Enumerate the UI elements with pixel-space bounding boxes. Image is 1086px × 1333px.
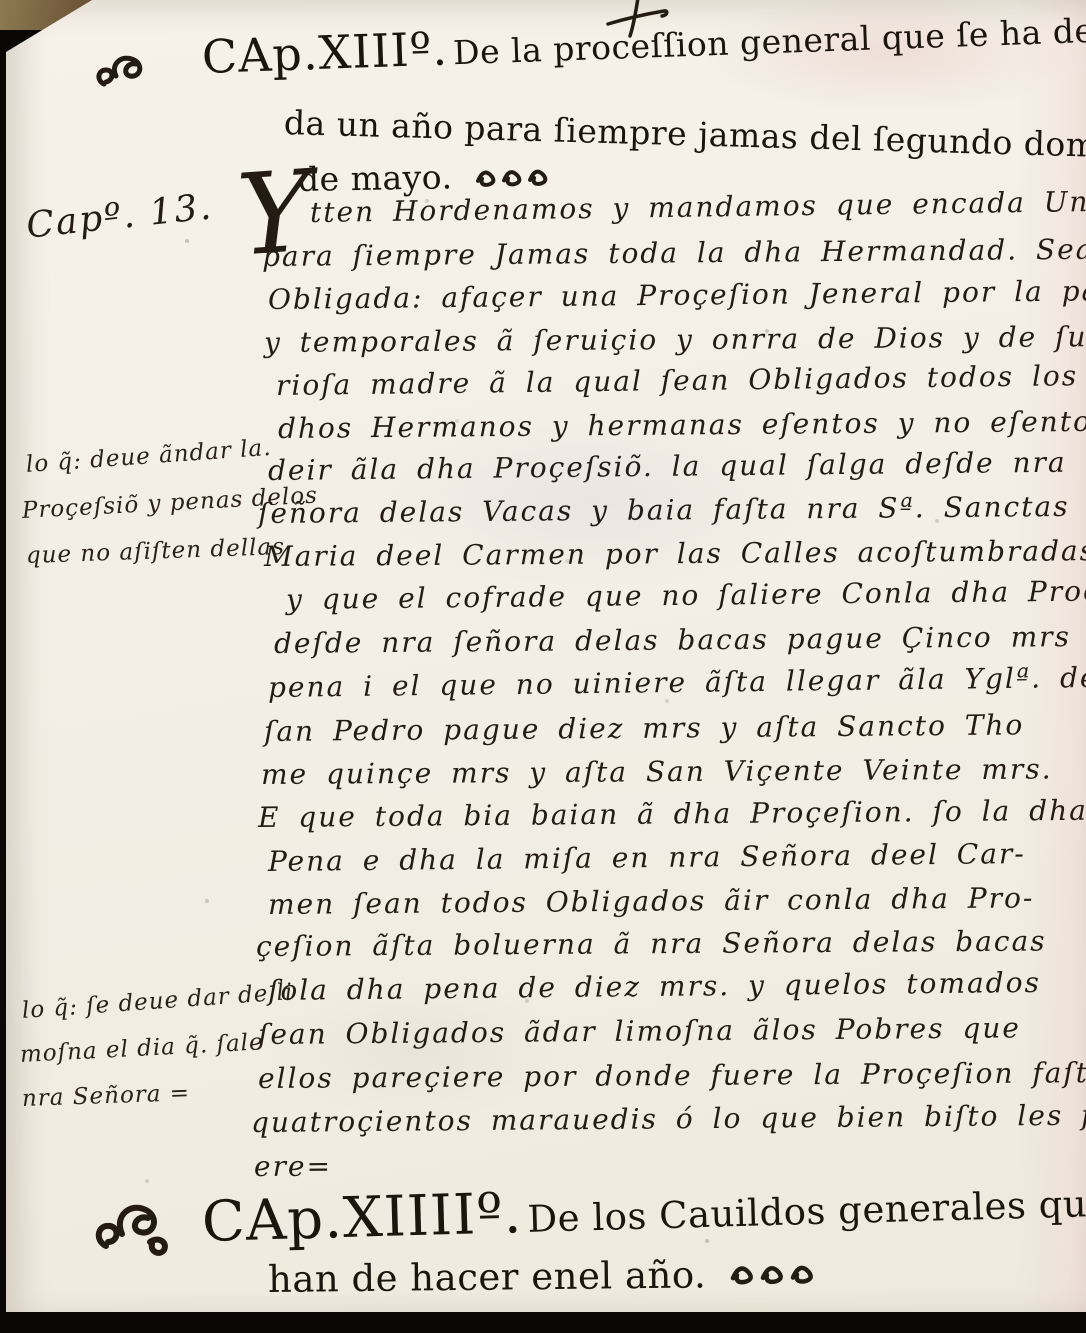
chapter13-title-line3-text: de mayo. — [298, 157, 453, 199]
chapter13-cap-label: CAp.XIIIº. — [201, 21, 449, 84]
manuscript-line: y temporales ã ſeruiçio y onrra de Dios … — [264, 320, 1086, 359]
chapter13-title: De la proceſſion general que ſe ha de ha… — [452, 5, 1086, 72]
manuscript-line: ſola dha pena de diez mrs. y quelos toma… — [268, 966, 1041, 1007]
manuscript-line: pena i el que no uiniere ãſta llegar ãla… — [268, 661, 1086, 704]
chapter14-heading-line1: CAp.XIIIIº. De los Cauildos generales qu… — [201, 1163, 1086, 1255]
manuscript-line: çeſion ãſta boluerna ã nra Señora delas … — [256, 924, 1047, 963]
manuscript-line: y que el cofrade que no ſaliere Conla dh… — [286, 574, 1086, 616]
manuscript-line: me quinçe mrs y aſta San Viçente Veinte … — [261, 752, 1053, 791]
manuscript-line: deſde nra ſeñora delas bacas pague Çinco… — [274, 619, 1086, 660]
manuscript-line: rioſa madre ã la qual ſean Obligados tod… — [276, 359, 1079, 402]
chapter14-title-line2-text: han de hacer enel año. — [268, 1253, 707, 1301]
manuscript-line: men ſean todos Obligados ãir conla dha P… — [268, 881, 1035, 921]
chapter14-title: De los Cauildos generales que ſe — [527, 1180, 1086, 1241]
margin-cap-number: Capº. 13. — [24, 186, 214, 246]
manuscript-line: Obligada: afaçer una Proçeſion Jeneral p… — [268, 274, 1086, 316]
manuscript-line: ſeñora delas Vacas y baia faſta nra Sª. … — [258, 490, 1070, 530]
manuscript-line: ere= — [254, 1150, 332, 1183]
triple-curl-flourish-icon — [726, 1255, 826, 1299]
manuscript-line: Maria deel Carmen por las Calles acoſtum… — [264, 534, 1086, 573]
chapter14-cap-label: CAp.XIIIIº. — [201, 1181, 523, 1255]
manuscript-line: Pena e dha la miſa en nra Señora deel Ca… — [268, 837, 1026, 878]
manuscript-line: ſean Obligados ãdar limoſna ãlos Pobres … — [258, 1011, 1021, 1051]
manuscript-line: para ſiempre Jamas toda la dha Hermandad… — [262, 233, 1086, 273]
manuscript-line: quatroçientos marauedis ó lo que bien bi… — [251, 1098, 1086, 1139]
manuscript-line: ſan Pedro pague diez mrs y aſta Sancto T… — [264, 708, 1025, 748]
manuscript-photo: CAp.XIIIº. De la proceſſion general que … — [0, 0, 1086, 1333]
margin-note-limosna-line: moſna el dia q̃. ſale — [19, 1029, 264, 1068]
manuscript-line: ellos pareçiere por donde fuere la Proçe… — [258, 1056, 1086, 1095]
flourish-icon — [94, 50, 158, 98]
margin-note-procession-line: que no aſiſten dellas — [26, 534, 286, 569]
manuscript-line: deir ãla dha Proçeſsiõ. la qual ſalga de… — [268, 446, 1067, 487]
margin-note-procession-line: lo q̃: deue ãndar la. — [25, 435, 272, 478]
manuscript-line: dhos Hermanos y hermanas eſentos y no eſ… — [278, 405, 1086, 445]
margin-note-limosna-line: nra Señora = — [22, 1080, 191, 1112]
chapter14-heading-line2: han de hacer enel año. — [268, 1252, 827, 1304]
flourish-icon — [92, 1196, 178, 1264]
manuscript-page: CAp.XIIIº. De la proceſſion general que … — [6, 0, 1086, 1312]
manuscript-line: E que toda bia baian ã dha Proçeſion. ſo… — [258, 794, 1086, 834]
margin-note-limosna-line: lo q̃: ſe deue dar de li — [21, 979, 294, 1024]
